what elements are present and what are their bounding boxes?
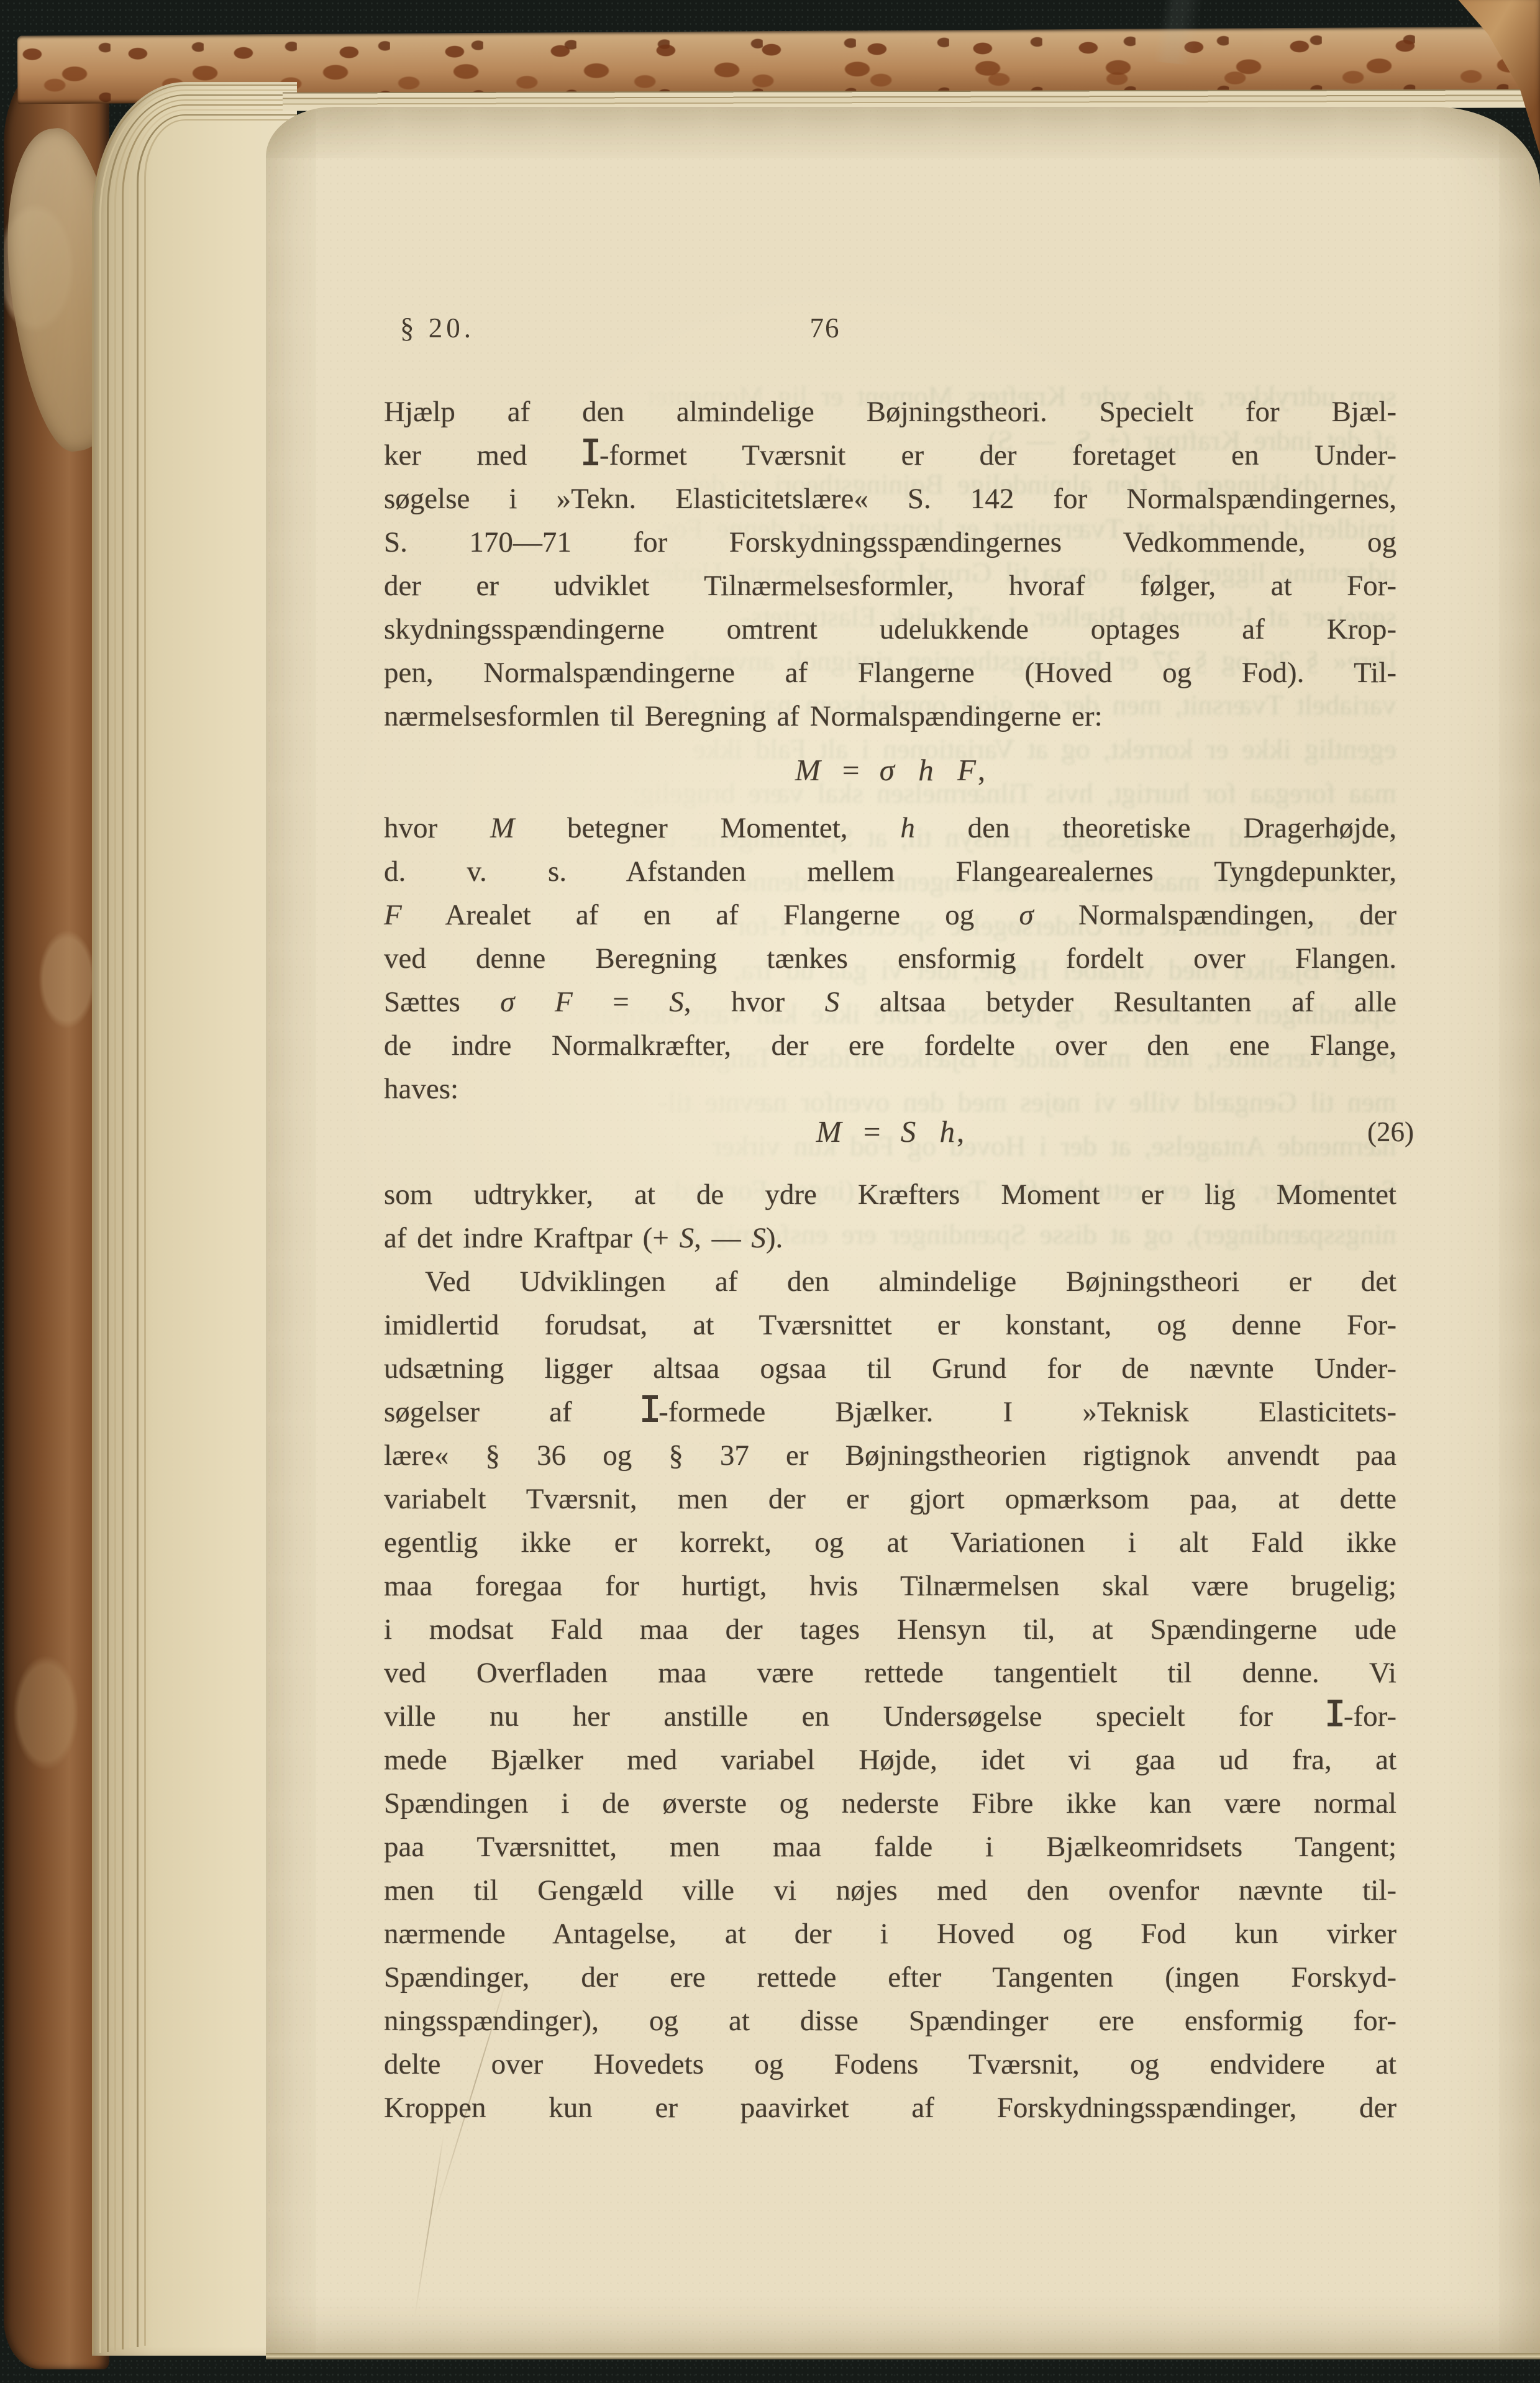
body-line: hvor M betegner Momentet, h den theoreti… — [384, 806, 1396, 850]
paragraph-block: Hjælp af den almindelige Bøjningstheori.… — [384, 390, 1396, 738]
body-line: nærmelsesformlen til Beregning af Normal… — [384, 695, 1396, 738]
body-line: Ved Udviklingen af den almindelige Bøjni… — [384, 1260, 1396, 1303]
equation-26: M = S h, (26) — [384, 1101, 1396, 1163]
body-line: udsætning ligger altsaa ogsaa til Grund … — [384, 1347, 1396, 1390]
body-line: der er udviklet Tilnærmelsesformler, hvo… — [384, 564, 1396, 608]
body-line: maa foregaa for hurtigt, hvis Tilnærmels… — [384, 1564, 1396, 1608]
body-line: Kroppen kun er paavirket af Forskydnings… — [384, 2086, 1396, 2130]
section-label: § 20. — [400, 312, 475, 344]
body-line: mede Bjælker med variabel Højde, idet vi… — [384, 1738, 1396, 1782]
body-line: ville nu her anstille en Undersøgelse sp… — [384, 1695, 1396, 1738]
paragraph-block: som udtrykker, at de ydre Kræfters Momen… — [384, 1173, 1396, 2130]
page-bottom-edge — [266, 2353, 1540, 2359]
ibeam-cross-section-glyph — [1328, 1700, 1342, 1726]
body-line: af det indre Kraftpar (+ S, — S). — [384, 1216, 1396, 1260]
equation-number: (26) — [1367, 1101, 1414, 1163]
body-line: nærmende Antagelse, at der i Hoved og Fo… — [384, 1912, 1396, 1956]
body-line: Sættes σ F = S, hvor S altsaa betyder Re… — [384, 980, 1396, 1024]
book-page: som udtrykker, at de ydre Kræfters Momen… — [266, 107, 1540, 2354]
body-line: lære« § 36 og § 37 er Bøjningstheorien r… — [384, 1434, 1396, 1477]
body-line: ved Overfladen maa være rettede tangenti… — [384, 1651, 1396, 1695]
printed-text-layer: § 20. 76 Hjælp af den almindelige Bøjnin… — [384, 107, 1396, 2354]
page-number: 76 — [781, 312, 868, 344]
body-line: søgelse i »Tekn. Elasticitetslære« S. 14… — [384, 477, 1396, 521]
body-line: Spændinger, der ere rettede efter Tangen… — [384, 1956, 1396, 1999]
body-line: i modsat Fald maa der tages Hensyn til, … — [384, 1608, 1396, 1651]
body-line: pen, Normalspændingerne af Flangerne (Ho… — [384, 651, 1396, 695]
body-line: ved denne Beregning tænkes ensformig for… — [384, 937, 1396, 980]
equation-text: M = S h, — [816, 1114, 964, 1149]
ibeam-cross-section-glyph — [583, 439, 598, 465]
body-line: skydningsspændingerne omtrent udelukkend… — [384, 608, 1396, 651]
body-line: ker med -formet Tværsnit er der foretage… — [384, 434, 1396, 477]
body-line: men til Gengæld ville vi nøjes med den o… — [384, 1869, 1396, 1912]
body-line: søgelser af -formede Bjælker. I »Teknisk… — [384, 1390, 1396, 1434]
body-line: variabelt Tværsnit, men der er gjort opm… — [384, 1477, 1396, 1521]
body-line: ningsspændinger), og at disse Spændinger… — [384, 1999, 1396, 2043]
ibeam-cross-section-glyph — [642, 1395, 657, 1422]
body-line: d. v. s. Afstanden mellem Flangearealern… — [384, 850, 1396, 893]
body-line: F Arealet af en af Flangerne og σ Normal… — [384, 893, 1396, 937]
body-line: Hjælp af den almindelige Bøjningstheori.… — [384, 390, 1396, 434]
body-line: de indre Normalkræfter, der ere fordelte… — [384, 1024, 1396, 1067]
body-line: paa Tværsnittet, men maa falde i Bjælkeo… — [384, 1825, 1396, 1869]
body-line: som udtrykker, at de ydre Kræfters Momen… — [384, 1173, 1396, 1216]
body-line: imidlertid forudsat, at Tværsnittet er k… — [384, 1303, 1396, 1347]
equation-text: M = σ h F, — [795, 753, 985, 787]
equation-26a: M = σ h F, — [384, 739, 1396, 801]
page-header: § 20. 76 — [384, 312, 1396, 349]
body-line: S. 170—71 for Forskydningsspændingernes … — [384, 521, 1396, 564]
body-line: delte over Hovedets og Fodens Tværsnit, … — [384, 2043, 1396, 2086]
paragraph-block: hvor M betegner Momentet, h den theoreti… — [384, 806, 1396, 1111]
photographed-book-page: { "document": { "language": "Danish", "h… — [0, 0, 1540, 2383]
body-line: Spændingen i de øverste og nederste Fibr… — [384, 1782, 1396, 1825]
body-line: egentlig ikke er korrekt, og at Variatio… — [384, 1521, 1396, 1564]
